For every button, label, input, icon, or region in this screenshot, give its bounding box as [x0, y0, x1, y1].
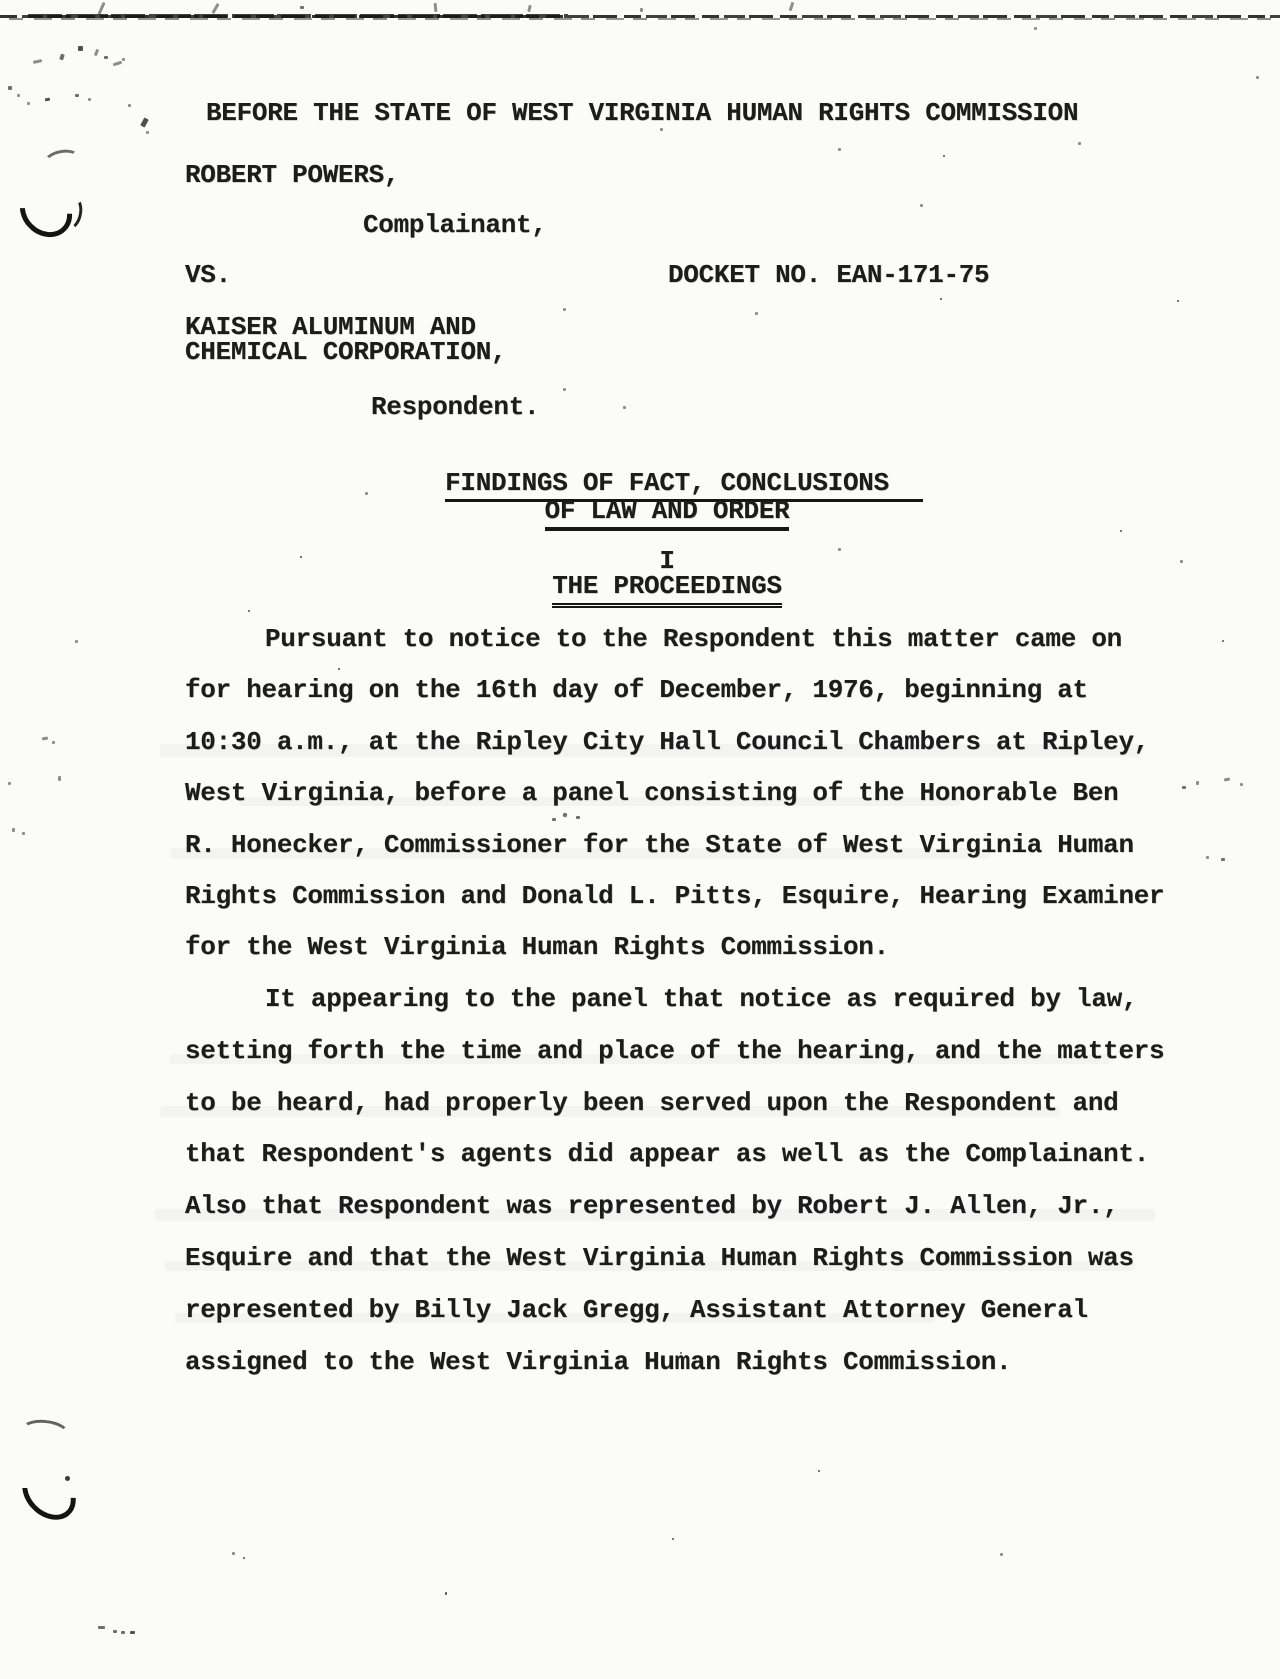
speck-mark: [563, 813, 568, 818]
speck-mark: [818, 1470, 820, 1472]
speck-mark: [42, 737, 48, 741]
speck-mark: [1182, 786, 1186, 789]
speck-mark: [1177, 300, 1179, 302]
title-line2-row: OF LAW AND ORDER: [27, 498, 1280, 531]
speck-mark: [563, 308, 566, 311]
speck-mark: [1221, 858, 1225, 861]
section-heading-row: THE PROCEEDINGS: [27, 573, 1280, 608]
body-line: for hearing on the 16th day of December,…: [185, 677, 1088, 703]
speck-mark: [1224, 778, 1230, 782]
speck-mark: [1196, 781, 1199, 785]
speck-mark: [52, 741, 55, 744]
speck-mark: [1256, 76, 1259, 79]
speck-mark: [88, 98, 91, 101]
speck-mark: [98, 1626, 105, 1629]
document-title-line2: OF LAW AND ORDER: [545, 498, 790, 531]
speck-mark: [232, 1552, 235, 1555]
speck-mark: [1180, 560, 1183, 563]
pen-arc-mark-bottom: [12, 1456, 87, 1531]
speck-mark: [17, 94, 20, 97]
speck-mark: [33, 59, 42, 64]
body-line: Also that Respondent was represented by …: [185, 1193, 1118, 1219]
body-line: It appearing to the panel that notice as…: [265, 986, 1137, 1012]
speck-mark: [1120, 530, 1122, 532]
speck-mark: [940, 298, 942, 300]
speck-mark: [672, 1538, 674, 1540]
speck-mark: [8, 86, 12, 90]
body-line: assigned to the West Virginia Human Righ…: [185, 1349, 1011, 1375]
speck-mark: [94, 49, 99, 57]
complainant-name: ROBERT POWERS,: [185, 162, 399, 188]
speck-mark: [576, 816, 580, 819]
body-line: that Respondent's agents did appear as w…: [185, 1141, 1149, 1167]
body-line: represented by Billy Jack Gregg, Assista…: [185, 1297, 1088, 1323]
speck-mark: [27, 102, 30, 105]
speck-mark: [140, 117, 149, 127]
speck-mark: [12, 828, 15, 832]
speck-mark: [128, 104, 131, 107]
speck-mark: [122, 58, 125, 61]
speck-mark: [563, 388, 566, 391]
speck-mark: [300, 556, 302, 558]
speck-mark: [680, 1352, 682, 1354]
speck-mark: [130, 1631, 135, 1634]
speck-mark: [789, 2, 795, 11]
body-line: R. Honecker, Commissioner for the State …: [185, 832, 1134, 858]
speck-mark: [59, 54, 65, 61]
speck-mark: [104, 56, 108, 59]
speck-mark: [248, 610, 250, 612]
speck-mark: [8, 782, 11, 785]
body-line: West Virginia, before a panel consisting…: [185, 780, 1118, 806]
body-line: Esquire and that the West Virginia Human…: [185, 1245, 1134, 1271]
speck-mark: [838, 148, 841, 151]
speck-mark: [45, 98, 50, 102]
speck-mark: [1206, 856, 1209, 859]
speck-mark: [1222, 640, 1224, 642]
respondent-name-line2: CHEMICAL CORPORATION,: [185, 339, 506, 365]
speck-mark: [838, 548, 841, 551]
speck-mark: [1240, 783, 1243, 786]
body-line: Pursuant to notice to the Respondent thi…: [265, 626, 1122, 652]
speck-mark: [1034, 27, 1037, 30]
body-line: Rights Commission and Donald L. Pitts, E…: [185, 883, 1164, 909]
speck-mark: [943, 155, 945, 157]
scan-edge-line-faint: [0, 18, 1280, 20]
court-header: BEFORE THE STATE OF WEST VIRGINIA HUMAN …: [206, 100, 1078, 126]
speck-mark: [920, 204, 923, 207]
body-line: to be heard, had properly been served up…: [185, 1090, 1118, 1116]
speck-mark: [113, 61, 122, 67]
speck-mark: [1078, 142, 1081, 145]
speck-mark: [527, 5, 532, 13]
speck-mark: [146, 131, 149, 134]
speck-mark: [445, 1592, 447, 1595]
docket-number: DOCKET NO. EAN-171-75: [668, 262, 989, 288]
speck-mark: [243, 1557, 245, 1559]
body-line: setting forth the time and place of the …: [185, 1038, 1164, 1064]
pencil-curve-mark: [43, 147, 82, 173]
speck-mark: [300, 6, 304, 9]
complainant-role: Complainant,: [363, 212, 547, 238]
body-line: 10:30 a.m., at the Ripley City Hall Coun…: [185, 729, 1149, 755]
speck-mark: [434, 3, 438, 12]
speck-mark: [755, 312, 758, 315]
scan-edge-line-dark: [28, 14, 568, 18]
speck-mark: [660, 128, 663, 131]
speck-mark: [338, 668, 340, 670]
speck-mark: [640, 8, 643, 12]
speck-mark: [113, 1630, 117, 1633]
speck-mark: [75, 94, 79, 97]
speck-mark: [623, 406, 626, 409]
scanned-page: BEFORE THE STATE OF WEST VIRGINIA HUMAN …: [0, 0, 1280, 1679]
speck-mark: [22, 832, 25, 835]
pencil-curve-mark-bottom: [19, 1417, 71, 1448]
speck-mark: [1000, 1553, 1003, 1556]
versus-label: VS.: [185, 262, 231, 288]
speck-mark: [211, 3, 219, 14]
speck-mark: [552, 818, 556, 821]
body-line: for the West Virginia Human Rights Commi…: [185, 934, 889, 960]
section-heading: THE PROCEEDINGS: [552, 573, 782, 608]
speck-mark: [75, 640, 78, 643]
ink-dot: [65, 1476, 70, 1481]
speck-mark: [365, 492, 368, 495]
respondent-role: Respondent.: [371, 394, 539, 420]
speck-mark: [58, 776, 61, 781]
speck-mark: [121, 1631, 125, 1634]
speck-mark: [78, 46, 83, 51]
